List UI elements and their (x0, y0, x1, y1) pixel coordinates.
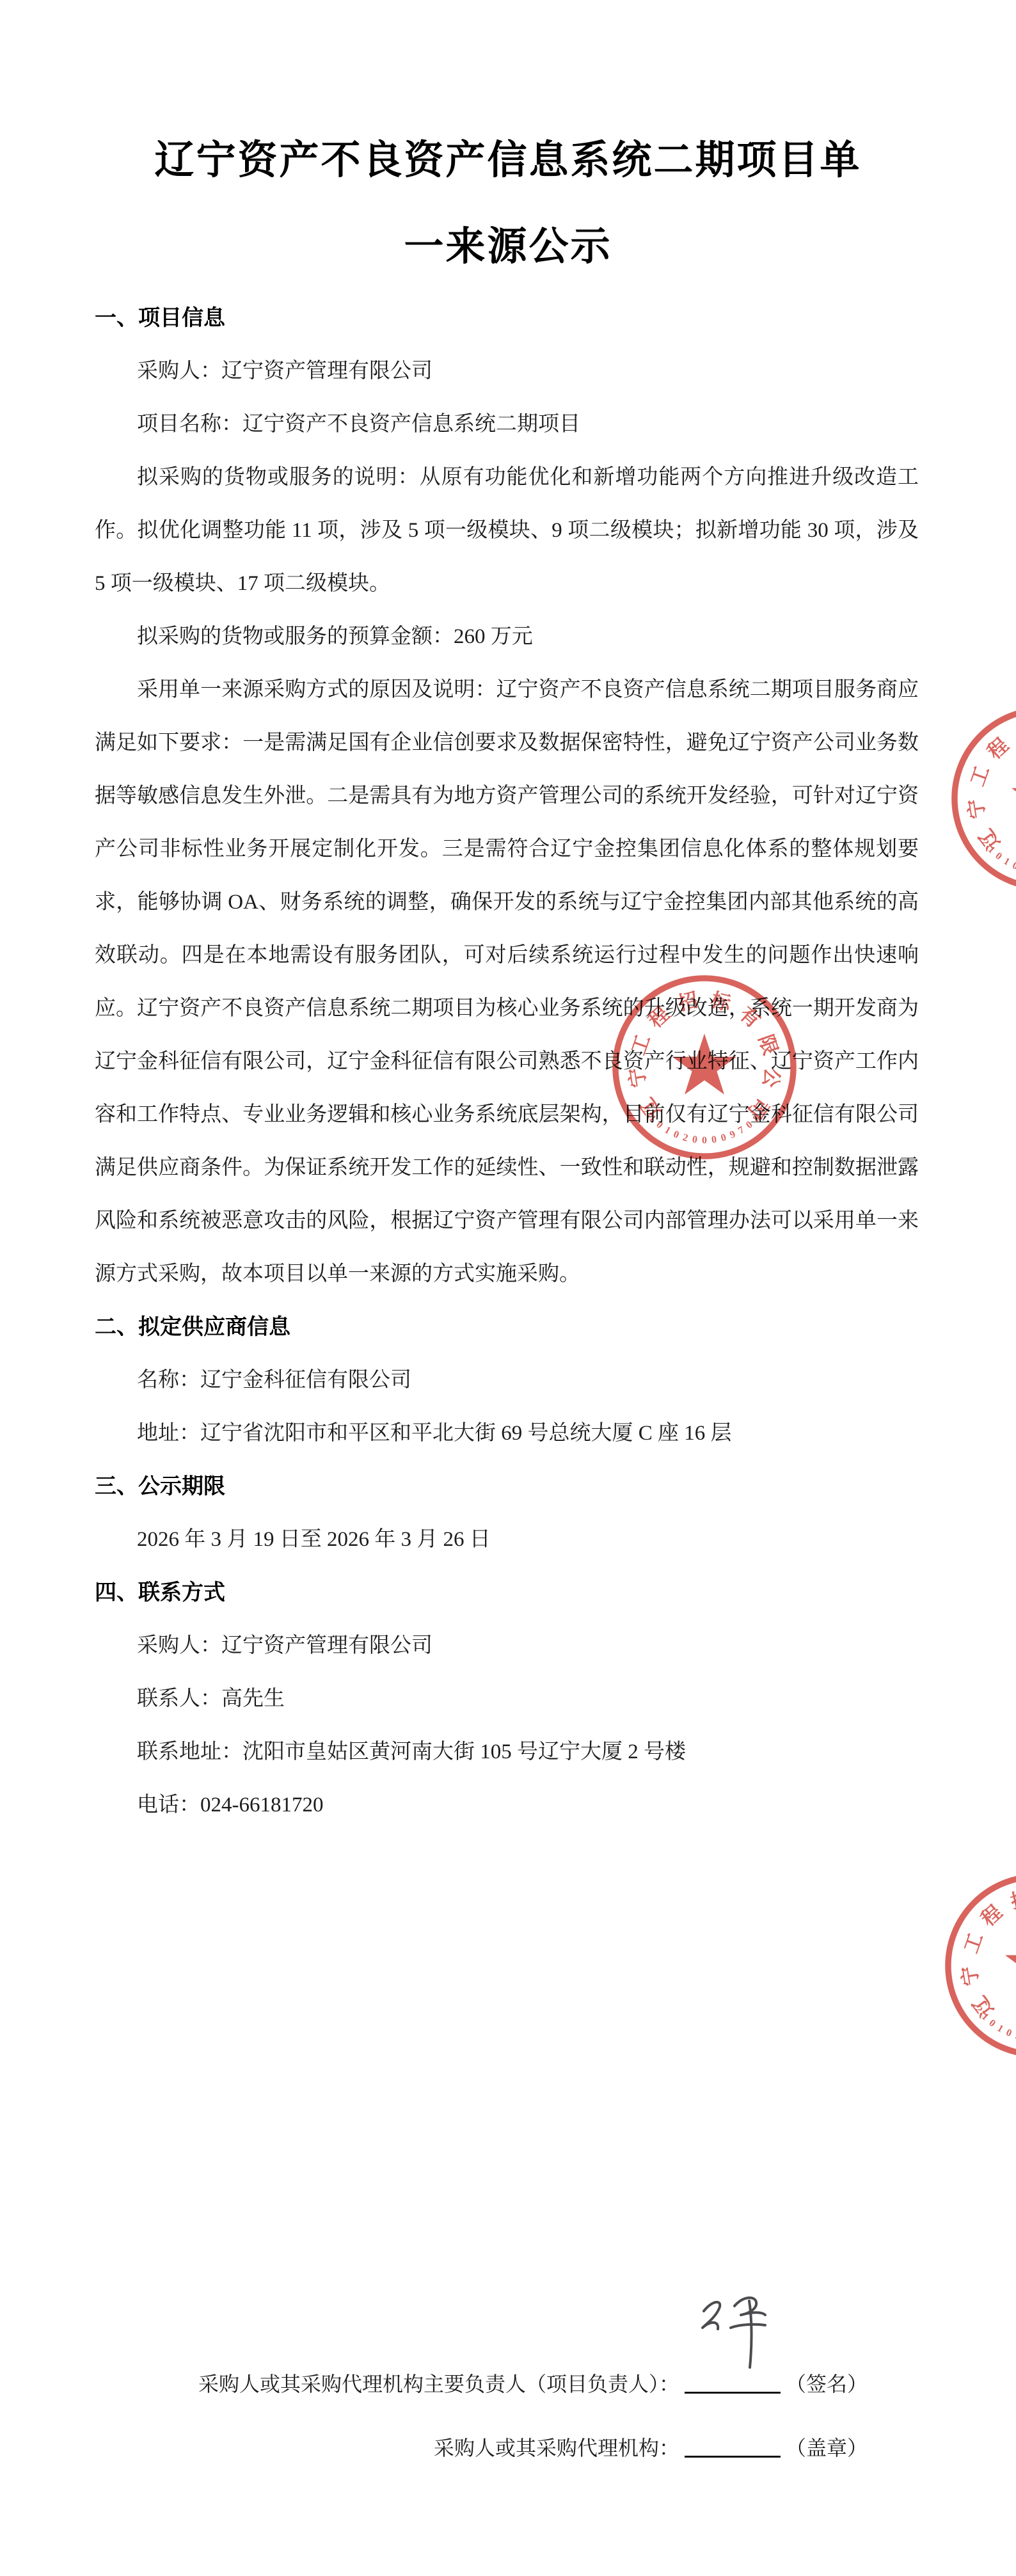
svg-text:宁: 宁 (958, 1964, 983, 1987)
signature-blank-line (685, 2371, 781, 2394)
paragraph-contact-phone: 电话：024-66181720 (95, 1779, 919, 1832)
paragraph-goods-description: 拟采购的货物或服务的说明：从原有功能优化和新增功能两个方向推进升级改造工作。拟优… (95, 451, 919, 610)
svg-text:辽: 辽 (975, 825, 1004, 854)
svg-text:1: 1 (996, 2023, 1005, 2035)
company-seal-icon: 辽宁工程招标有限公司210102000097082 (948, 703, 1016, 894)
svg-text:0: 0 (1011, 860, 1016, 872)
signature-line-responsible-label: 采购人或其采购代理机构主要负责人（项目负责人）： (198, 2373, 679, 2396)
paragraph-supplier-name: 名称：辽宁金科征信有限公司 (95, 1354, 919, 1407)
paragraph-contact-person: 联系人：高先生 (95, 1673, 919, 1726)
document-title: 辽宁资产不良资产信息系统二期项目单 一来源公示 (0, 117, 1016, 290)
handwritten-signature (690, 2292, 790, 2373)
section-heading-contact-info: 四、联系方式 (95, 1566, 919, 1619)
svg-text:招: 招 (1008, 1888, 1016, 1914)
document-body: 一、项目信息 采购人：辽宁资产管理有限公司 项目名称：辽宁资产不良资产信息系统二… (95, 292, 919, 1832)
company-seal-icon: 辽宁工程招标有限公司210102000097082 (942, 1870, 1016, 2061)
signature-line-responsible-suffix: （签名） (786, 2373, 868, 2396)
paragraph-supplier-address: 地址：辽宁省沈阳市和平区和平北大街 69 号总统大厦 C 座 16 层 (95, 1407, 919, 1460)
svg-text:2: 2 (973, 2005, 985, 2015)
svg-text:0: 0 (993, 850, 1004, 862)
svg-text:1: 1 (1002, 855, 1012, 868)
section-heading-project-info: 一、项目信息 (95, 292, 919, 345)
svg-text:0: 0 (1004, 2027, 1013, 2039)
svg-text:1: 1 (986, 844, 997, 855)
document-title-line-1: 辽宁资产不良资产信息系统二期项目单 (0, 117, 1016, 203)
section-heading-publicity-period: 三、公示期限 (95, 1460, 919, 1513)
paragraph-publicity-dates: 2026 年 3 月 19 日至 2026 年 3 月 26 日 (95, 1513, 919, 1566)
svg-text:工: 工 (960, 1930, 987, 1957)
svg-text:1: 1 (980, 2011, 991, 2023)
paragraph-budget: 拟采购的货物或服务的预算金额：260 万元 (95, 610, 919, 664)
signature-line-agency-suffix: （盖章） (786, 2437, 868, 2460)
document-title-line-2: 一来源公示 (0, 203, 1016, 290)
seal-blank-line (685, 2435, 781, 2458)
procurement-notice-document: 辽宁资产不良资产信息系统二期项目单 一来源公示 一、项目信息 采购人：辽宁资产管… (0, 0, 1016, 2576)
svg-text:2: 2 (980, 838, 991, 848)
paragraph-contact-address: 联系地址：沈阳市皇姑区黄河南大街 105 号辽宁大厦 2 号楼 (95, 1726, 919, 1779)
svg-text:程: 程 (977, 1901, 1006, 1930)
signature-line-responsible: 采购人或其采购代理机构主要负责人（项目负责人）：（签名） (198, 2371, 868, 2397)
svg-text:宁: 宁 (965, 797, 989, 820)
paragraph-single-source-reason: 采用单一来源采购方式的原因及说明：辽宁资产不良资产信息系统二期项目服务商应满足如… (95, 664, 919, 1301)
signature-line-agency-label: 采购人或其采购代理机构： (434, 2437, 679, 2460)
paragraph-project-name: 项目名称：辽宁资产不良资产信息系统二期项目 (95, 398, 919, 451)
signature-line-agency: 采购人或其采购代理机构：（盖章） (434, 2435, 868, 2461)
svg-text:0: 0 (987, 2017, 997, 2029)
paragraph-contact-purchaser: 采购人：辽宁资产管理有限公司 (95, 1619, 919, 1673)
section-heading-supplier-info: 二、拟定供应商信息 (95, 1301, 919, 1354)
paragraph-purchaser: 采购人：辽宁资产管理有限公司 (95, 345, 919, 398)
svg-text:程: 程 (983, 734, 1013, 763)
svg-text:辽: 辽 (969, 1992, 998, 2021)
svg-text:工: 工 (967, 763, 994, 790)
